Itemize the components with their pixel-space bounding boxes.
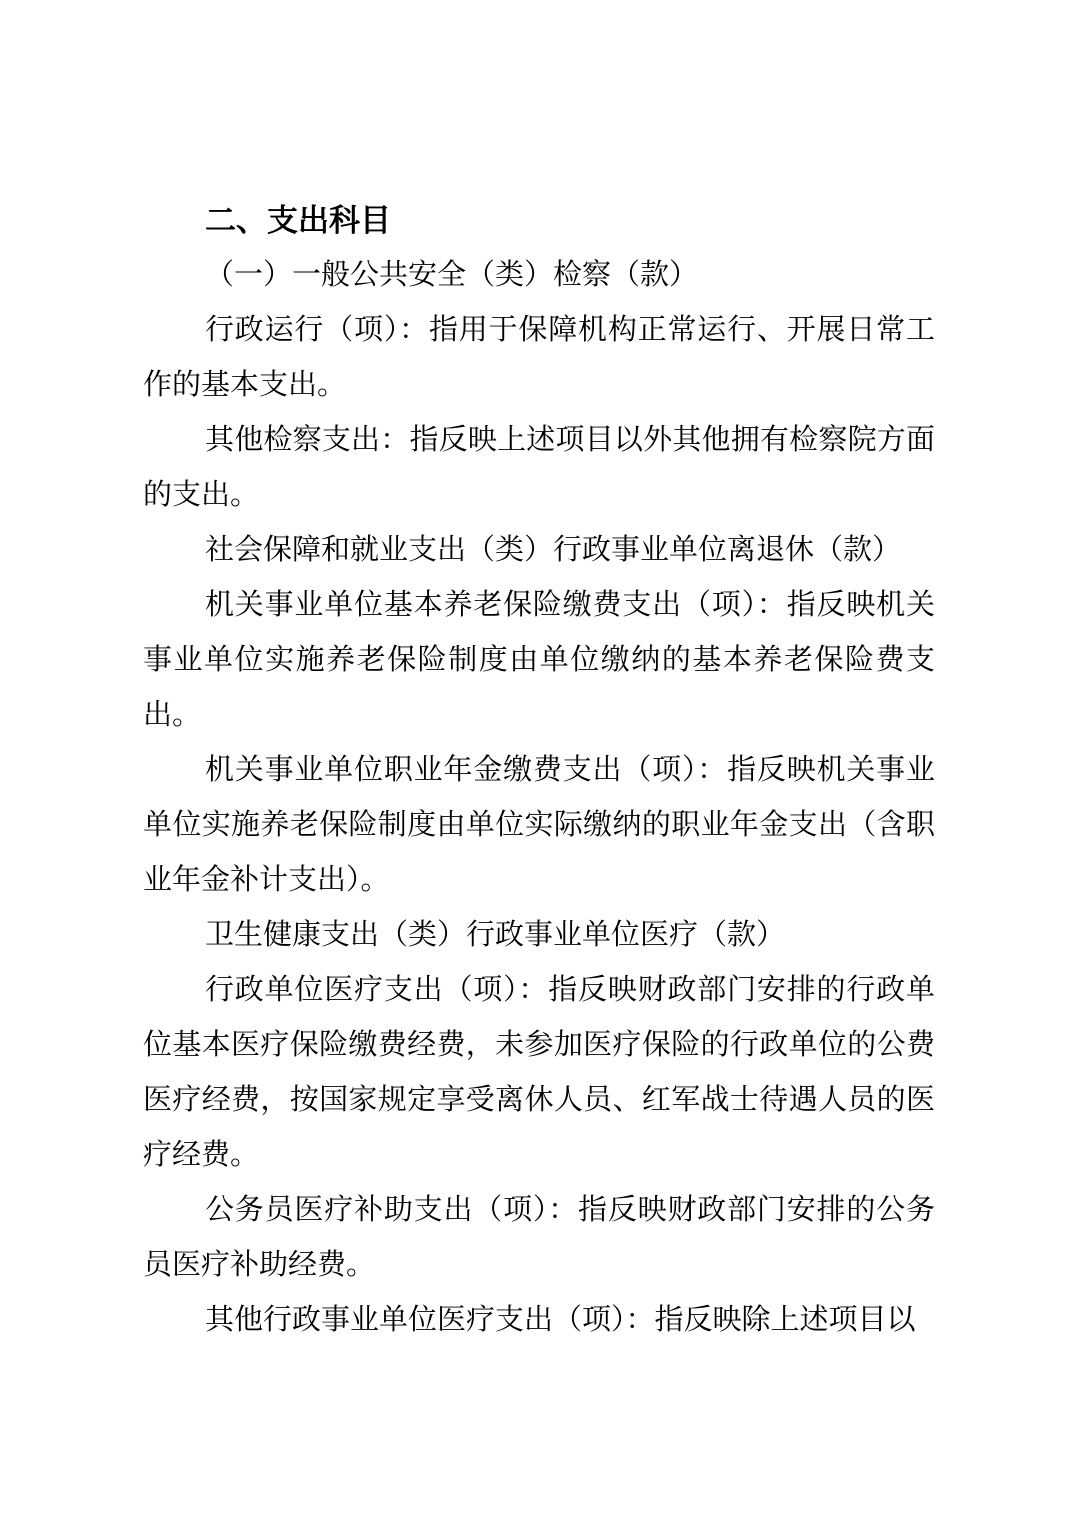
paragraph: 行政运行（项）：指用于保障机构正常运行、开展日常工作的基本支出。 [143, 303, 935, 413]
paragraph: 其他行政事业单位医疗支出（项）：指反映除上述项目以 [143, 1293, 935, 1348]
paragraph: 社会保障和就业支出（类）行政事业单位离退休（款） [143, 523, 935, 578]
paragraph: 卫生健康支出（类）行政事业单位医疗（款） [143, 908, 935, 963]
document-page: 二、支出科目 （一）一般公共安全（类）检察（款） 行政运行（项）：指用于保障机构… [0, 0, 1074, 1520]
paragraph: 其他检察支出：指反映上述项目以外其他拥有检察院方面的支出。 [143, 413, 935, 523]
paragraph: 行政单位医疗支出（项）：指反映财政部门安排的行政单位基本医疗保险缴费经费，未参加… [143, 963, 935, 1183]
paragraph: （一）一般公共安全（类）检察（款） [143, 248, 935, 303]
paragraph: 机关事业单位职业年金缴费支出（项）：指反映机关事业单位实施养老保险制度由单位实际… [143, 743, 935, 908]
paragraph: 公务员医疗补助支出（项）：指反映财政部门安排的公务员医疗补助经费。 [143, 1183, 935, 1293]
section-heading: 二、支出科目 [143, 193, 935, 248]
document-body: 二、支出科目 （一）一般公共安全（类）检察（款） 行政运行（项）：指用于保障机构… [143, 193, 935, 1348]
paragraph: 机关事业单位基本养老保险缴费支出（项）：指反映机关事业单位实施养老保险制度由单位… [143, 578, 935, 743]
